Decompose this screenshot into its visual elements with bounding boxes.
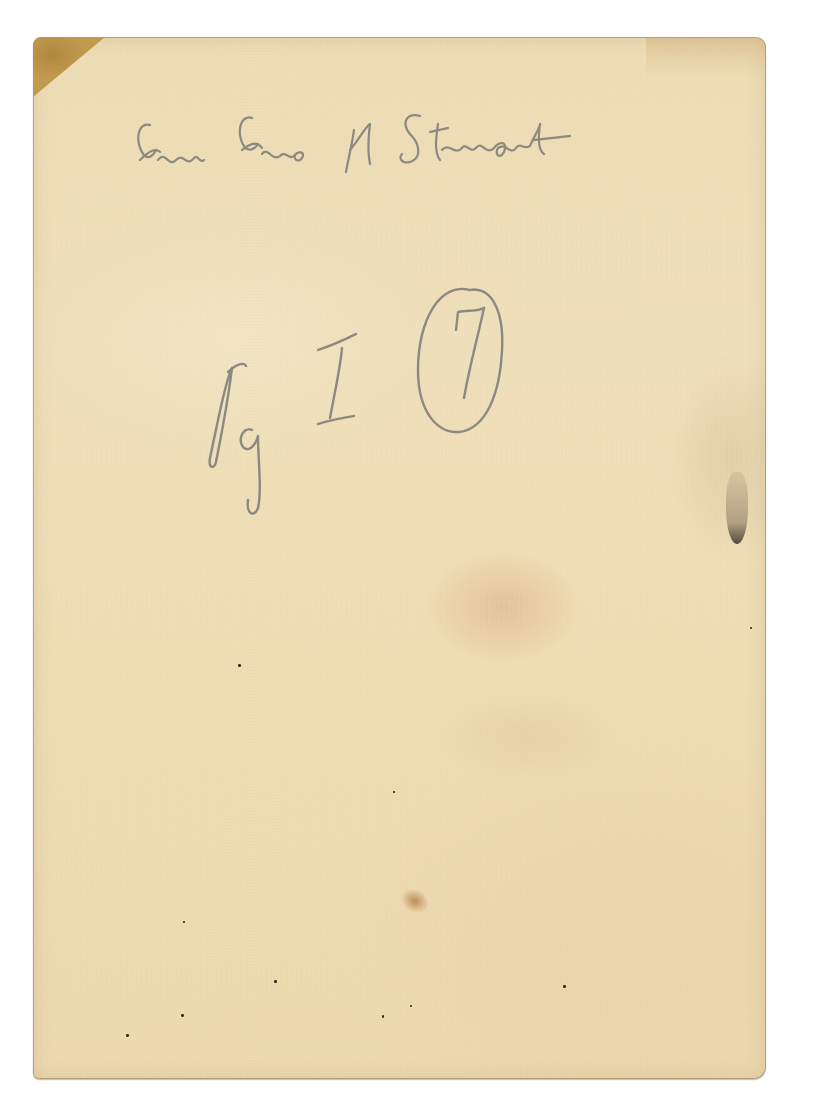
speck	[126, 1034, 129, 1037]
speck	[274, 980, 277, 983]
reference-inscription	[33, 37, 766, 637]
speck	[183, 921, 185, 923]
speck	[563, 985, 566, 988]
speck	[393, 791, 395, 793]
speck	[382, 1015, 384, 1018]
speck	[410, 1005, 412, 1007]
speck	[181, 1014, 184, 1017]
card-back: Gen Geo H Steuart Pg I 7	[33, 37, 766, 1079]
scanned-card-scene: Gen Geo H Steuart Pg I 7	[0, 0, 821, 1100]
small-brown-stain	[398, 885, 433, 917]
speck	[238, 664, 241, 667]
